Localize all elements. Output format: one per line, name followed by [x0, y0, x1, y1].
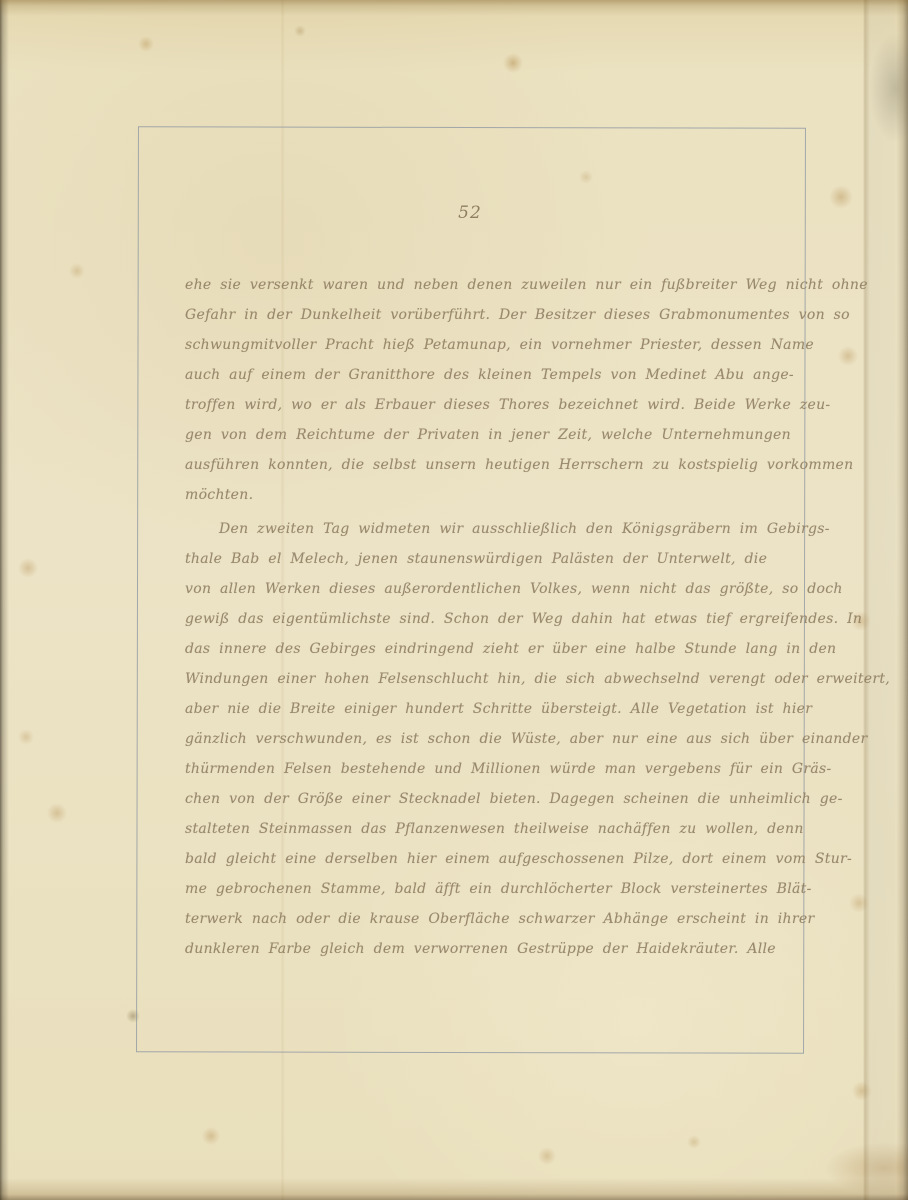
manuscript-line: Den zweiten Tag widmeten wir ausschließl… — [185, 514, 785, 544]
manuscript-line: schwungmitvoller Pracht hieß Petamunap, … — [185, 330, 785, 360]
manuscript-line: möchten. — [185, 480, 785, 510]
manuscript-line: gen von dem Reichtume der Privaten in je… — [185, 420, 785, 450]
manuscript-line: von allen Werken dieses außerordentliche… — [185, 574, 785, 604]
manuscript-line: thale Bab el Melech, jenen staunenswürdi… — [185, 544, 785, 574]
manuscript-line: gewiß das eigentümlichste sind. Schon de… — [185, 604, 785, 634]
manuscript-line: bald gleicht eine derselben hier einem a… — [185, 844, 785, 874]
manuscript-line: stalteten Steinmassen das Pflanzenwesen … — [185, 814, 785, 844]
manuscript-text: ehe sie versenkt waren und neben denen z… — [185, 270, 785, 964]
manuscript-line: ehe sie versenkt waren und neben denen z… — [185, 270, 785, 300]
manuscript-line: Gefahr in der Dunkelheit vorüberführt. D… — [185, 300, 785, 330]
manuscript-line: auch auf einem der Granitthore des klein… — [185, 360, 785, 390]
manuscript-line: gänzlich verschwunden, es ist schon die … — [185, 724, 785, 754]
manuscript-line: dunkleren Farbe gleich dem verworrenen G… — [185, 934, 785, 964]
manuscript-page-scan: 52 ehe sie versenkt waren und neben dene… — [0, 0, 908, 1200]
manuscript-line: Windungen einer hohen Felsenschlucht hin… — [185, 664, 785, 694]
manuscript-line: terwerk nach oder die krause Oberfläche … — [185, 904, 785, 934]
manuscript-line: das innere des Gebirges eindringend zieh… — [185, 634, 785, 664]
paragraph: Den zweiten Tag widmeten wir ausschließl… — [185, 514, 785, 964]
manuscript-line: ausführen konnten, die selbst unsern heu… — [185, 450, 785, 480]
manuscript-line: chen von der Größe einer Stecknadel biet… — [185, 784, 785, 814]
paragraph: ehe sie versenkt waren und neben denen z… — [185, 270, 785, 510]
manuscript-line: me gebrochenen Stamme, bald äfft ein dur… — [185, 874, 785, 904]
page-number: 52 — [137, 203, 803, 223]
manuscript-line: thürmenden Felsen bestehende und Million… — [185, 754, 785, 784]
manuscript-line: troffen wird, wo er als Erbauer dieses T… — [185, 390, 785, 420]
manuscript-line: aber nie die Breite einiger hundert Schr… — [185, 694, 785, 724]
